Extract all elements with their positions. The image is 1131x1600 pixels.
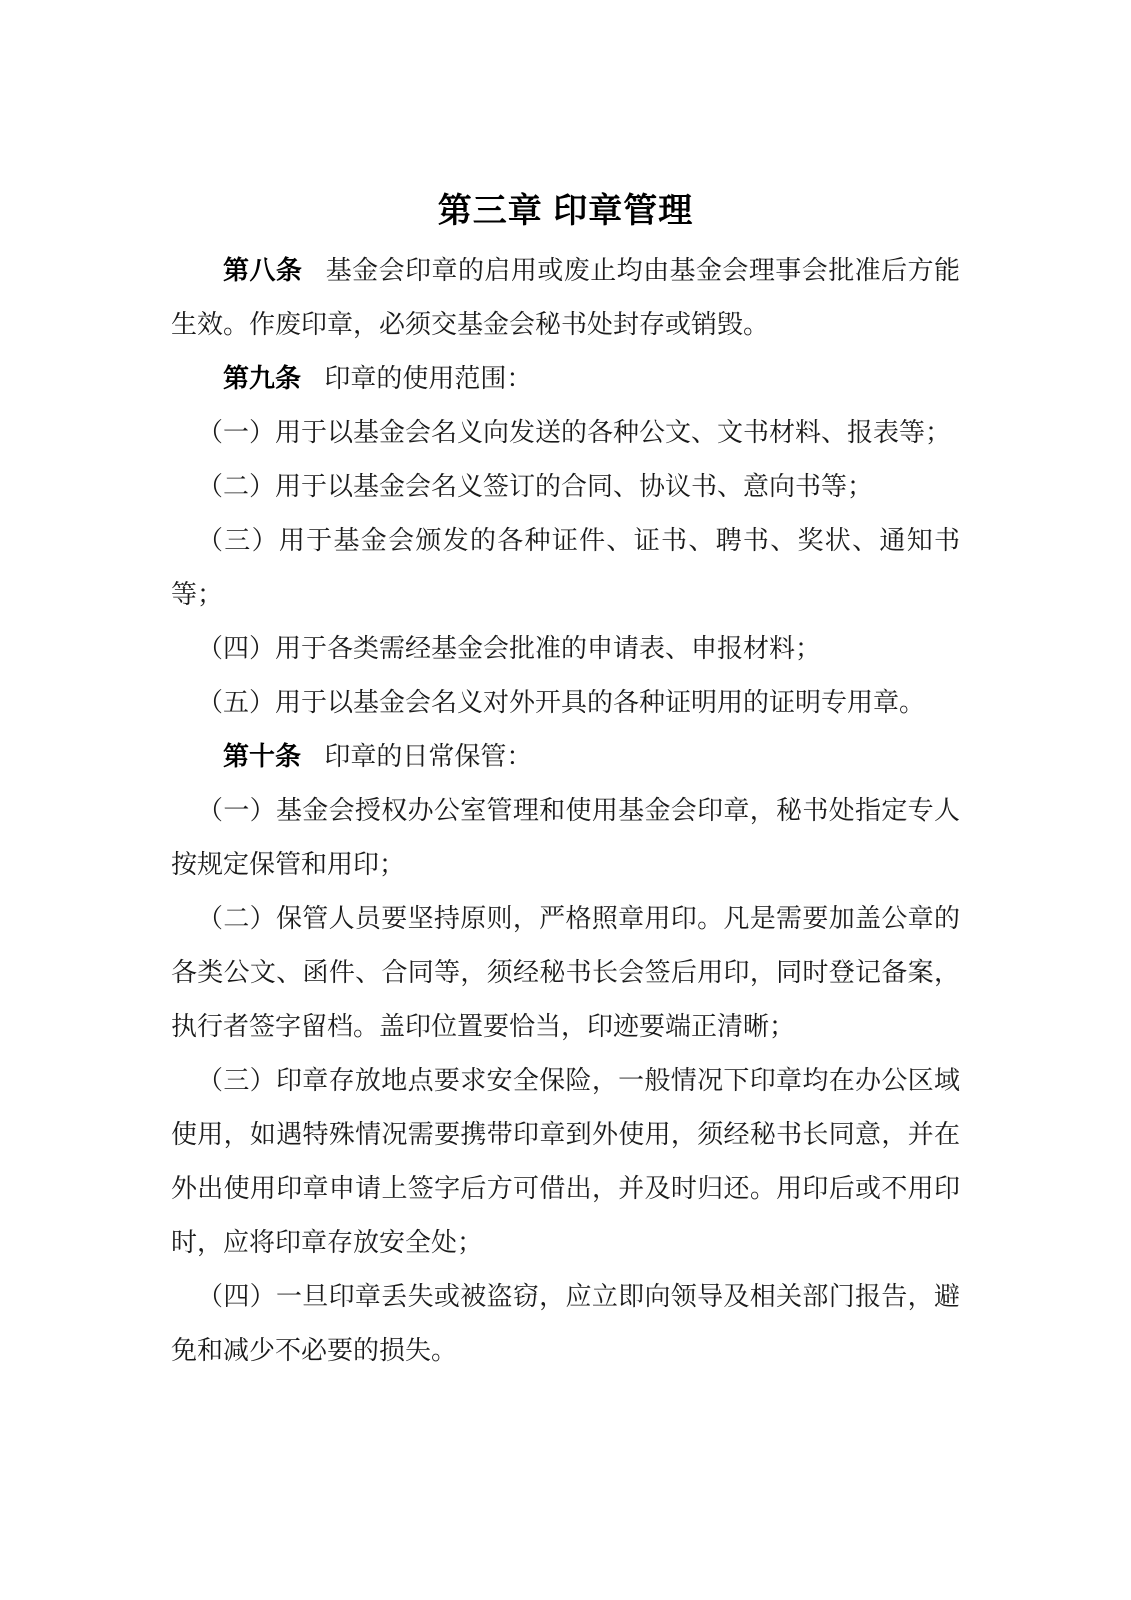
article-number: 第八条 [223, 256, 302, 285]
document-paragraph: （二）用于以基金会名义签订的合同、协议书、意向书等； [171, 460, 960, 514]
document-content: 第三章 印章管理 第八条基金会印章的启用或废止均由基金会理事会批准后方能生效。作… [171, 190, 960, 1378]
chapter-title: 第三章 印章管理 [171, 190, 960, 232]
article-number: 第十条 [223, 742, 301, 771]
document-paragraph: （四）一旦印章丢失或被盗窃，应立即向领导及相关部门报告，避免和减少不必要的损失。 [171, 1270, 960, 1378]
document-paragraph: （五）用于以基金会名义对外开具的各种证明用的证明专用章。 [171, 676, 960, 730]
document-paragraph: 第八条基金会印章的启用或废止均由基金会理事会批准后方能生效。作废印章，必须交基金… [171, 244, 960, 352]
document-paragraph: （四）用于各类需经基金会批准的申请表、申报材料； [171, 622, 960, 676]
paragraph-list: 第八条基金会印章的启用或废止均由基金会理事会批准后方能生效。作废印章，必须交基金… [171, 244, 960, 1378]
document-paragraph: 第十条印章的日常保管： [171, 730, 960, 784]
document-paragraph: （三）印章存放地点要求安全保险，一般情况下印章均在办公区域使用，如遇特殊情况需要… [171, 1054, 960, 1270]
document-paragraph: 第九条印章的使用范围： [171, 352, 960, 406]
article-number: 第九条 [223, 364, 301, 393]
document-paragraph: （一）用于以基金会名义向发送的各种公文、文书材料、报表等； [171, 406, 960, 460]
document-paragraph: （一）基金会授权办公室管理和使用基金会印章，秘书处指定专人按规定保管和用印； [171, 784, 960, 892]
document-page: 第三章 印章管理 第八条基金会印章的启用或废止均由基金会理事会批准后方能生效。作… [0, 0, 1131, 1600]
document-paragraph: （二）保管人员要坚持原则，严格照章用印。凡是需要加盖公章的各类公文、函件、合同等… [171, 892, 960, 1054]
document-paragraph: （三）用于基金会颁发的各种证件、证书、聘书、奖状、通知书等； [171, 514, 960, 622]
